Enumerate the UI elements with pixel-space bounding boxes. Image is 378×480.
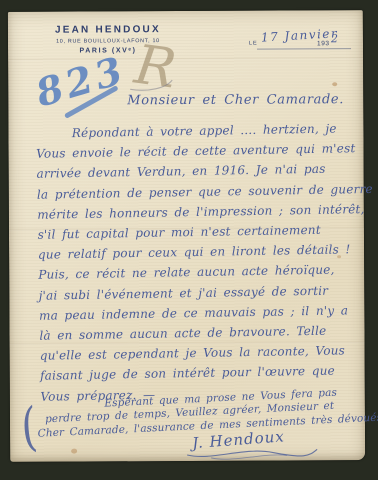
fold-crease xyxy=(8,57,363,61)
date-prefix-label: LE xyxy=(249,41,258,47)
signature-flourish xyxy=(183,444,321,461)
pencil-r-tail xyxy=(128,79,176,93)
foxing-spot xyxy=(71,449,77,454)
foxing-spot xyxy=(332,82,337,86)
salutation: Monsieur et Cher Camarade. xyxy=(127,92,344,108)
date-underline xyxy=(257,48,351,49)
paper-sheet: JEAN HENDOUX 10, RUE BOUILLOUX-LAFONT, 1… xyxy=(8,10,365,462)
letterhead-name: JEAN HENDOUX xyxy=(33,24,183,36)
letter-body: Répondant à votre appel .... hertzien, j… xyxy=(36,118,363,406)
scanned-letter: JEAN HENDOUX 10, RUE BOUILLOUX-LAFONT, 1… xyxy=(0,0,378,480)
printed-year: 193 xyxy=(317,40,330,47)
handwritten-year-digit: 2 xyxy=(331,32,338,45)
